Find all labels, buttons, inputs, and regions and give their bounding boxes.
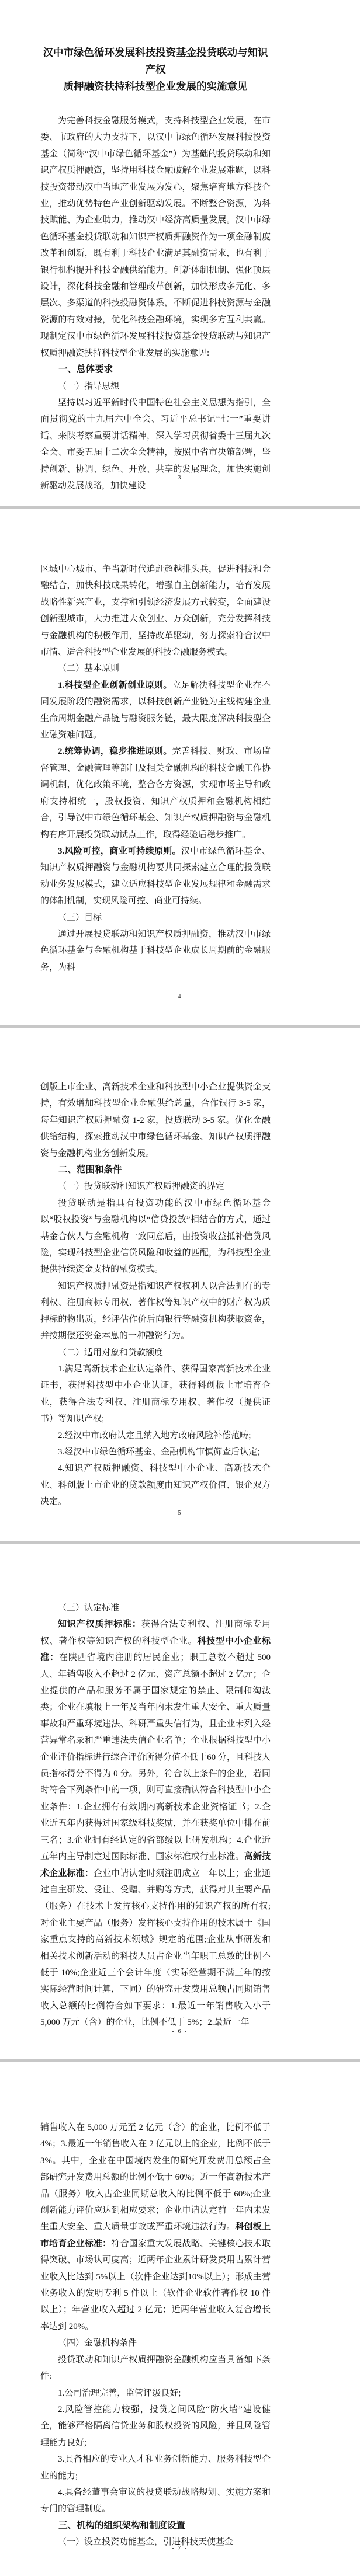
document-title: 汉中市绿色循环发展科技投资基金投贷联动与知识产权 质押融资扶持科技型企业发展的实… <box>40 44 271 95</box>
section-heading-3: 三、机构的组织架构和制度设置 <box>40 2518 271 2534</box>
standard-hightech-text: 企业申请认定时须注册成立一年以上；企业通过自主研发、受让、受赠、并购等方式，获得… <box>40 1869 271 2028</box>
page-number: - 3 - <box>0 474 360 482</box>
principle-2-lead: 2.统筹协调，稳步推进原则。 <box>58 747 172 756</box>
paragraph-condition-2: 2.经汉中市政府认定且纳入地方政府风险补偿范畴; <box>40 1428 271 1444</box>
paragraph-principle-2: 2.统筹协调，稳步推进原则。完善科技、财政、市场监督管理、金融管理等部门及相关金… <box>40 743 271 843</box>
page-4: （三）认定标准 知识产权质押标准：获得合法专利权、注册商标专用权、著作权等知识产… <box>0 1544 360 2059</box>
paragraph-condition-3: 3.经汉中市绿色循环基金、金融机构审慎筛查后认定; <box>40 1444 271 1460</box>
section-heading-2: 二、范围和条件 <box>40 1162 271 1178</box>
paragraph-fi-condition-1: 1.公司治理完善，监管评级良好; <box>40 2385 271 2401</box>
subsection-heading-applicable-objects: （二）适用对象和贷款额度 <box>40 1345 271 1361</box>
paragraph-standards: 知识产权质押标准：获得合法专利权、注册商标专用权、著作权等知识产权的科技型企业。… <box>40 1616 271 2031</box>
title-line-1: 汉中市绿色循环发展科技投资基金投贷联动与知识产权 <box>40 44 271 78</box>
paragraph-standards-continuation: 销售收入在 5,000 万元至 2 亿元（含）的企业，比例不低于 4%；3.最近… <box>40 2119 271 2335</box>
subsection-heading-recognition-standards: （三）认定标准 <box>40 1600 271 1616</box>
principle-2-text: 完善科技、财政、市场监督管理、金融管理等部门及相关金融机构的科技金融工作协调机制… <box>40 747 271 839</box>
section-heading-1: 一、总体要求 <box>40 361 271 378</box>
page-number: - 6 - <box>0 2028 360 2036</box>
paragraph-principle-1: 1.科技型企业创新创业原则。立足解决科技型企业在不同发展阶段的融资需求，以科技创… <box>40 677 271 744</box>
principle-3-lead: 3.风险可控，商业可持续原则。 <box>58 847 181 856</box>
paragraph-definition-loan-linkage: 投贷联动是指具有投资功能的汉中市绿色循环基金以“股权投资”与金融机构以“信贷投放… <box>40 1195 271 1278</box>
standard-sme-text: 在陕西省境内注册的居民企业；职工总数不超过 500 人、年销售收入不超过 2 亿… <box>40 1653 271 1861</box>
paragraph-definition-ip-pledge: 知识产权质押融资是指知识产权权利人以合法拥有的专利权、注册商标专用权、著作权等知… <box>40 1278 271 1345</box>
paragraph-fi-conditions-intro: 投贷联动和知识产权质押融资金融机构应当具备如下条件: <box>40 2352 271 2385</box>
page-3: 创版上市企业、高新技术企业和科技型中小企业提供资金支持，有效增加科技型企业金融供… <box>0 1028 360 1541</box>
paragraph-continuation: 创版上市企业、高新技术企业和科技型中小企业提供资金支持，有效增加科技型企业金融供… <box>40 1079 271 1162</box>
subsection-heading-financial-institution-conditions: （四）金融机构条件 <box>40 2335 271 2351</box>
paragraph-fi-condition-3: 3.具备相应的专业人才和业务创新能力、服务科技型企业的能力; <box>40 2451 271 2484</box>
page-2: 区域中心城市、争当新时代追赶超越排头兵，促进科技和金融结合，加快科技成果转化，增… <box>0 509 360 1025</box>
document: 汉中市绿色循环发展科技投资基金投贷联动与知识产权 质押融资扶持科技型企业发展的实… <box>0 0 360 2576</box>
subsection-heading-goals: （三）目标 <box>40 910 271 926</box>
paragraph-intro: 为完善科技金融服务模式，支持科技型企业发展，在市委、市政府的大力支持下，以汉中市… <box>40 113 271 361</box>
subsection-heading-basic-principles: （二）基本原则 <box>40 660 271 677</box>
page-number: - 5 - <box>0 1509 360 1517</box>
standard-star-market-text: 符合国家重大发展战略、关键核心技术取得突破、市场认可度高；近两年企业累计研发费用… <box>40 2239 271 2331</box>
principle-1-lead: 1.科技型企业创新创业原则。 <box>58 681 172 690</box>
paragraph-fi-condition-2: 2.风险管控能力较强，投贷之间风险“防火墙”建设健全，能够严格隔离信贷业务和股权… <box>40 2401 271 2451</box>
paragraph-continuation: 区域中心城市、争当新时代追赶超越排头兵，促进科技和金融结合，加快科技成果转化，增… <box>40 561 271 660</box>
title-line-2: 质押融资扶持科技型企业发展的实施意见 <box>40 78 271 95</box>
paragraph-condition-4: 4.知识产权质押融资、科技型中小企业、高新技术企业、科创版上市企业的贷款额度由知… <box>40 1460 271 1510</box>
standard-ip-pledge-lead: 知识产权质押标准： <box>58 1620 141 1629</box>
standard-hightech-cont-text: 销售收入在 5,000 万元至 2 亿元（含）的企业，比例不低于 4%；3.最近… <box>40 2123 271 2232</box>
page-1: 汉中市绿色循环发展科技投资基金投贷联动与知识产权 质押融资扶持科技型企业发展的实… <box>0 0 360 506</box>
page-number: - 4 - <box>0 993 360 1001</box>
paragraph-fi-condition-4: 4.具备经董事会审议的投贷联动战略规划、实施方案和专门的管理制度。 <box>40 2484 271 2518</box>
page-5: 销售收入在 5,000 万元至 2 亿元（含）的企业，比例不低于 4%；3.最近… <box>0 2062 360 2576</box>
subsection-heading-guiding-ideology: （一）指导思想 <box>40 378 271 395</box>
subsection-heading-definition: （一）投贷联动和知识产权质押融资的界定 <box>40 1178 271 1195</box>
paragraph-goals: 通过开展投贷联动和知识产权质押融资，推动汉中市绿色循环基金与金融机构基于科技型企… <box>40 926 271 976</box>
paragraph-condition-1: 1.满足高新技术企业认定条件、获得国家高新技术企业证书，获得科技型中小企业认证，… <box>40 1361 271 1428</box>
page-number: - 7 - <box>0 2544 360 2553</box>
paragraph-principle-3: 3.风险可控，商业可持续原则。汉中市绿色循环基金、知识产权质押融资与金融机构要共… <box>40 843 271 910</box>
